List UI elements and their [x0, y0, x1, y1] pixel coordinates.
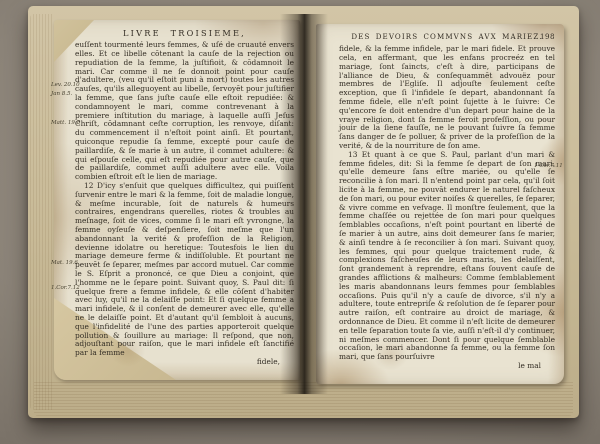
- catchword: le mal: [339, 362, 555, 371]
- body-paragraph: fidele, & la femme infidele, par le mari…: [339, 45, 555, 151]
- margin-note: Mat. 19.6: [51, 260, 78, 266]
- body-paragraph: 13 Et quant à ce que S. Paul, parlant d'…: [339, 151, 555, 362]
- page-number: 198: [540, 33, 555, 42]
- running-title: DES DEVOIRS COMMVNS AVX MARIEZ.: [351, 32, 542, 41]
- running-title-row: DES DEVOIRS COMMVNS AVX MARIEZ. 198: [339, 33, 555, 42]
- catchword: fidele,: [75, 358, 294, 367]
- body-paragraph: 12 D'icy s'enſuit que quelques difficult…: [75, 182, 294, 358]
- textblock-bottom-edge: [34, 382, 573, 416]
- body-paragraph: euſſent tourmenté leurs femmes, & uſé de…: [75, 41, 294, 182]
- left-page: Lev. 20.10 Jan 8.5. Matt. 19.8 Mat. 19.6…: [54, 20, 300, 380]
- right-page: 1 Cor.7.11 DES DEVOIRS COMMVNS AVX MARIE…: [316, 24, 564, 384]
- photo-background: Lev. 20.10 Jan 8.5. Matt. 19.8 Mat. 19.6…: [0, 0, 600, 444]
- margin-note: Jan 8.5.: [51, 91, 72, 97]
- right-text-column: DES DEVOIRS COMMVNS AVX MARIEZ. 198 fide…: [339, 33, 555, 371]
- textblock-left-edge: [30, 14, 52, 410]
- running-title: LIVRE TROISIEME,: [75, 29, 294, 38]
- left-text-column: LIVRE TROISIEME, euſſent tourmenté leurs…: [75, 29, 294, 367]
- book: Lev. 20.10 Jan 8.5. Matt. 19.8 Mat. 19.6…: [28, 6, 579, 418]
